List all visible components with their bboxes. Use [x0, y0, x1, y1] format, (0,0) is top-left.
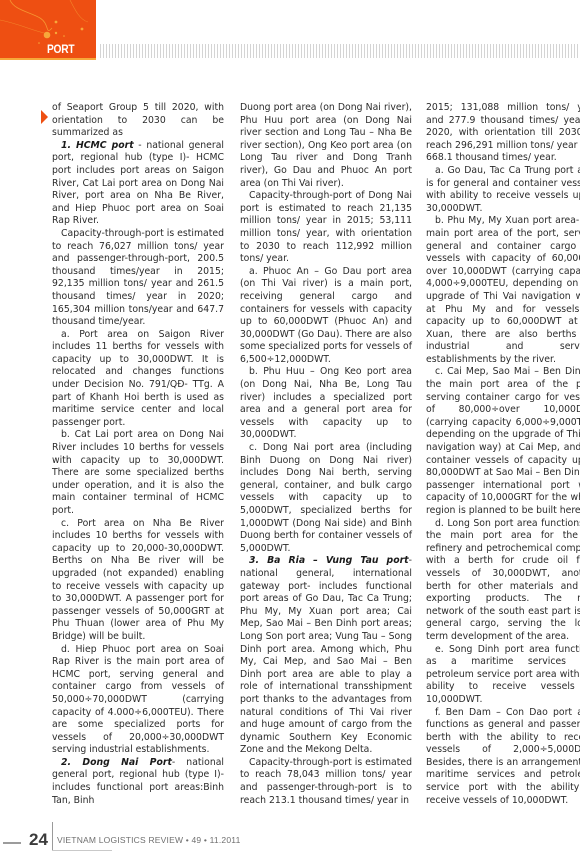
- article-column-3: 2015; 131,088 million tons/ year and 277…: [426, 102, 580, 807]
- footer-divider: [52, 822, 53, 850]
- article-body: of Seaport Group 5 till 2020, with orien…: [52, 102, 572, 802]
- paragraph: a. Phuoc An – Go Dau port area (on Thi V…: [240, 266, 412, 367]
- paragraph: of Seaport Group 5 till 2020, with orien…: [52, 102, 224, 140]
- header-underline: [0, 58, 96, 60]
- paragraph: d. Long Son port area functions as the m…: [426, 518, 580, 644]
- paragraph: Capacity-through-port is estimated to re…: [52, 228, 224, 329]
- footer-underline: [52, 850, 112, 851]
- paragraph: a. Port area on Saigon River includes 11…: [52, 329, 224, 430]
- article-column-1: of Seaport Group 5 till 2020, with orien…: [52, 102, 224, 807]
- paragraph: f. Ben Dam – Con Dao port area functions…: [426, 707, 580, 808]
- paragraph: b. Phu My, My Xuan port area- the main p…: [426, 215, 580, 366]
- article-column-2: Duong port area (on Dong Nai river), Phu…: [240, 102, 412, 807]
- continuation-marker-icon: [41, 110, 48, 124]
- publication-info: VIETNAM LOGISTICS REVIEW • 49 • 11.2011: [57, 835, 241, 845]
- paragraph: Duong port area (on Dong Nai river), Phu…: [240, 102, 412, 190]
- page-footer: 24 VIETNAM LOGISTICS REVIEW • 49 • 11.20…: [0, 830, 580, 852]
- paragraph: b. Phu Huu – Ong Keo port area (on Dong …: [240, 366, 412, 442]
- paragraph: Capacity-through-port is estimated to re…: [240, 757, 412, 807]
- section-label: PORT: [47, 42, 74, 56]
- paragraph: e. Song Dinh port area functions as a ma…: [426, 644, 580, 707]
- paragraph: b. Cat Lai port area on Dong Nai River i…: [52, 429, 224, 517]
- section-heading: 2. Dong Nai Port: [61, 757, 172, 768]
- paragraph: a. Go Dau, Tac Ca Trung port area is for…: [426, 165, 580, 215]
- paragraph: 2. Dong Nai Port- national general port,…: [52, 757, 224, 807]
- paragraph: c. Dong Nai port area (including Binh Du…: [240, 442, 412, 555]
- paragraph: Capacity-through-port of Dong Nai port i…: [240, 190, 412, 266]
- paragraph: 2015; 131,088 million tons/ year and 277…: [426, 102, 580, 165]
- paragraph: d. Hiep Phuoc port area on Soai Rap Rive…: [52, 644, 224, 757]
- section-header-block: PORT: [0, 0, 96, 60]
- footer-dash-decoration: [3, 842, 21, 844]
- section-heading: 3. Ba Ria – Vung Tau port: [249, 555, 409, 566]
- paragraph: 3. Ba Ria – Vung Tau port- national gene…: [240, 555, 412, 757]
- section-heading: 1. HCMC port: [61, 140, 134, 151]
- paragraph: c. Cai Mep, Sao Mai – Ben Dinh is the ma…: [426, 366, 580, 517]
- header-stripe-bar: [100, 44, 580, 58]
- paragraph: c. Port area on Nha Be River includes 10…: [52, 518, 224, 644]
- paragraph: 1. HCMC port - national general port, re…: [52, 140, 224, 228]
- page-number: 24: [29, 830, 48, 850]
